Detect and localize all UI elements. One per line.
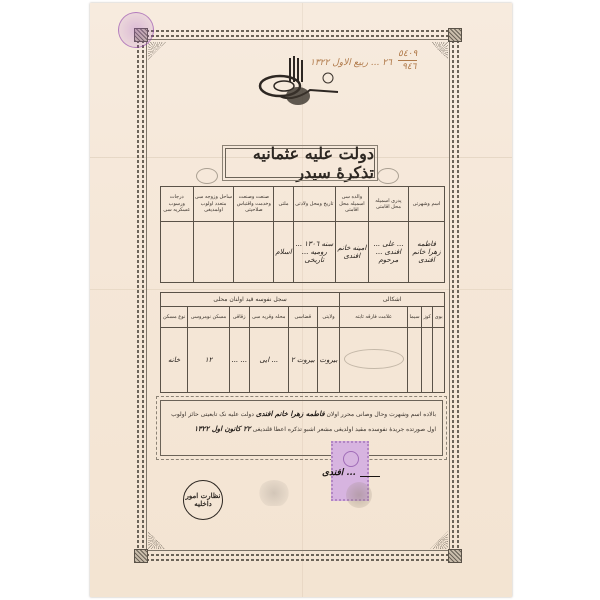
table-cell [422, 328, 433, 393]
ministry-seal: نظارت امور داخلیه [183, 480, 223, 520]
embossed-seal-icon [258, 480, 290, 506]
signature-stroke [360, 476, 380, 477]
table-cell: بیروت [317, 328, 339, 393]
table-cell: ١٢ [188, 328, 229, 393]
registry-number-bottom: ٩٤٦ [402, 62, 417, 72]
official-signature: ... افندی [322, 468, 356, 478]
group-header: سجل نفوسه قید اولنان محلی [161, 293, 340, 307]
table-cell: ... ... [229, 328, 249, 393]
column-header: صنعت وصنعت وخدمت واقتباس صلاحیتی [234, 187, 274, 222]
corner-ornament-icon [448, 549, 462, 563]
title-ornament-icon [377, 168, 399, 184]
handwritten-date: ٢٦ ... ربیع الاول ١٣٢٢ [310, 58, 392, 68]
purple-ink-stamp-icon [118, 12, 154, 48]
table-cell: فاطمه زهرا خانم افندی [409, 222, 445, 283]
column-header: اسم وشهرتی [409, 187, 445, 222]
personal-info-table: اسم وشهرتی پدری اسمیله محل اقامتی والده … [160, 186, 445, 283]
table-cell: خانه [161, 328, 188, 393]
border-left-inner [146, 40, 147, 551]
column-header: والده سی اسمیله محل اقامتی [335, 187, 368, 222]
tughra-emblem-icon [343, 451, 359, 467]
column-header: علامت فارقه ثابته [340, 307, 408, 328]
column-header: سیما [408, 307, 422, 328]
corner-ornament-icon [134, 549, 148, 563]
table-cell-mark [340, 328, 408, 393]
fan-ornament-icon [148, 531, 166, 549]
grey-seal-icon [346, 482, 372, 508]
declaration-line-2: اول صورتده جریدهٔ نفوسده مقید اولدیغی مش… [167, 422, 436, 437]
table-row: بیروت بیروت ٢ ... ایی ... ... ١٢ خانه [161, 328, 445, 393]
border-left [142, 40, 144, 551]
table-cell [408, 328, 422, 393]
declaration-text: بالاده اسم وشهرت وحال وصانی محرر اولان [327, 411, 437, 418]
table-cell [234, 222, 274, 283]
column-header: نوع مسکن [161, 307, 188, 328]
column-header: ولایتی [317, 307, 339, 328]
border-bottom [146, 559, 450, 561]
declaration-box: بالاده اسم وشهرت وحال وصانی محرر اولان ف… [160, 400, 443, 456]
table-cell: سنه ١٣٠٦ ... رومیه ... تاریخی [293, 222, 335, 283]
registry-table: اشکالی سجل نفوسه قید اولنان محلی بوی کوز… [160, 292, 445, 393]
column-header: کوز [422, 307, 433, 328]
table-cell [433, 328, 445, 393]
fan-ornament-icon [430, 42, 448, 60]
fan-ornament-icon [148, 42, 166, 60]
table-header-row: بوی کوز سیما علامت فارقه ثابته ولایتی قض… [161, 307, 445, 328]
issue-date: ٢٢ کانون اول ١٣٢٢ [194, 424, 250, 433]
border-right [457, 40, 459, 551]
column-header: پدری اسمیله محل اقامتی [368, 187, 408, 222]
border-top-inner [146, 39, 450, 40]
border-top [146, 30, 450, 32]
column-header: ساحل وزوجه سی متعدد اولوب اولمدیغی [193, 187, 234, 222]
document-title: دولت علیه عثمانیه تذکرهٔ سیدر [225, 148, 375, 178]
registry-number-top: ٥٤٠٩ [398, 49, 417, 61]
column-header: مسکن نومروسی [188, 307, 229, 328]
border-top [146, 35, 450, 37]
table-cell: اسلام [274, 222, 293, 283]
table-cell: ... علی ... افندی ... مرحوم [368, 222, 408, 283]
group-header-row: اشکالی سجل نفوسه قید اولنان محلی [161, 293, 445, 307]
column-header: زقاقی [229, 307, 249, 328]
column-header: درجات ورسوب عسکریه سی [161, 187, 194, 222]
border-bottom-inner [146, 550, 450, 551]
declaration-line-1: بالاده اسم وشهرت وحال وصانی محرر اولان ف… [167, 407, 436, 422]
oval-mark-icon [344, 349, 404, 369]
column-header: محله وقریه سی [249, 307, 288, 328]
table-row: فاطمه زهرا خانم افندی ... علی ... افندی … [161, 222, 445, 283]
corner-ornament-icon [448, 28, 462, 42]
table-cell: ... ایی [249, 328, 288, 393]
table-cell: بیروت ٢ [288, 328, 317, 393]
seal-text: نظارت امور داخلیه [184, 492, 222, 507]
border-left [137, 40, 139, 551]
title-ornament-icon [196, 168, 218, 184]
holder-name: فاطمه زهرا خانم افندی [256, 409, 325, 418]
border-bottom [146, 554, 450, 556]
table-cell [193, 222, 234, 283]
column-header: بوی [433, 307, 445, 328]
border-right-inner [449, 40, 450, 551]
fan-ornament-icon [430, 531, 448, 549]
table-cell: امینه خانم افندی [335, 222, 368, 283]
column-header: تاریخ ومحل ولادتی [293, 187, 335, 222]
column-header: قضاسی [288, 307, 317, 328]
column-header: ملتی [274, 187, 293, 222]
group-header: اشکالی [340, 293, 445, 307]
border-right [452, 40, 454, 551]
declaration-text: دولت علیه نک تابعیتی حائز اولوب [171, 411, 254, 418]
table-header-row: اسم وشهرتی پدری اسمیله محل اقامتی والده … [161, 187, 445, 222]
declaration-text: اول صورتده جریدهٔ نفوسده مقید اولدیغی مش… [253, 426, 436, 433]
table-cell [161, 222, 194, 283]
